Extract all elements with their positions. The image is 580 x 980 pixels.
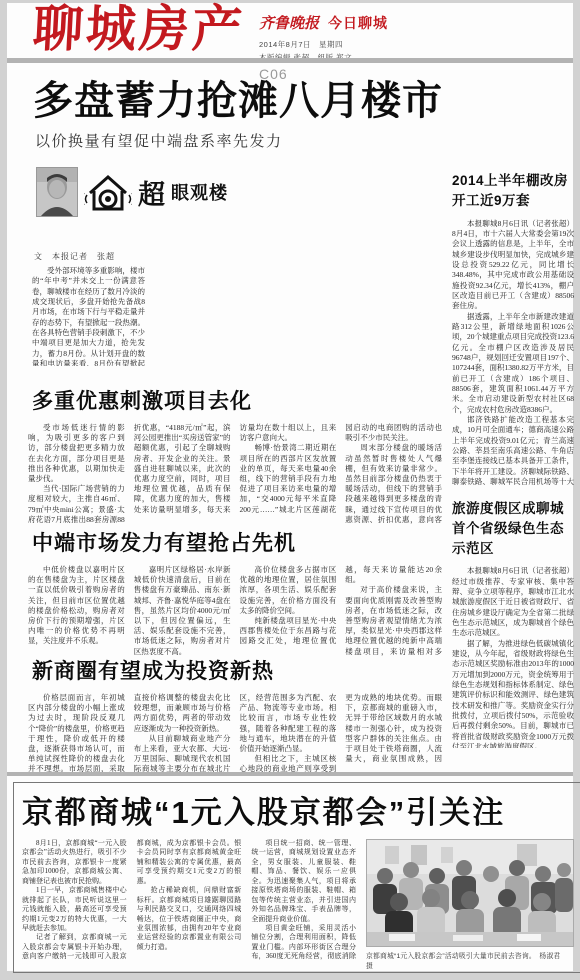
paragraph: 1日一早，京都商城售楼中心就排起了长队，市民听说这里一元钱就能入股，最高还可享受… bbox=[22, 886, 127, 933]
columnist-photo bbox=[36, 167, 78, 217]
masthead-title: 聊城房产 bbox=[32, 3, 247, 56]
column-logo-small: 眼观楼 bbox=[171, 179, 228, 205]
page-sheet: 聊城房产 齐鲁晚报 今日聊城 2014年8月7日 星期四 本版编辑 张超 组版 … bbox=[7, 3, 573, 971]
edition-name-logo: 今日聊城 bbox=[328, 13, 388, 33]
sidebar-article-body: 本报聊城8月6日讯（记者张超）经过市级推荐、专家审核、集中答辩、竞争立项等程序，… bbox=[452, 566, 574, 748]
section-new-business-district: 新商圈有望成为投资新热 价格层面而言，年初城区内部分楼盘的小幅上涨成为过去时，现… bbox=[28, 655, 442, 777]
crowd-photo bbox=[366, 839, 574, 947]
sidebar-article-title: 2014上半年棚改房开工近9万套 bbox=[452, 171, 574, 212]
section-title: 新商圈有望成为投资新热 bbox=[32, 655, 442, 685]
section-body: 中低价楼盘以嘉明片区的在售楼盘为主，片区楼盘一直以低价吸引着购房者的关注，但目前… bbox=[28, 565, 442, 665]
sub-headline: 以价换量有望促中端盘系率先发力 bbox=[35, 130, 283, 151]
bottom-article-body: 8月1日，京都商城“一元入股京都会”活动火热进行，吸引不少市民前去咨询，京都银卡… bbox=[22, 839, 356, 969]
section-title: 中端市场发力有望抢占先机 bbox=[32, 527, 442, 557]
paper-name-logo: 齐鲁晚报 bbox=[259, 12, 319, 33]
paragraph: 据透露，上半年全市新建改建道路312公里，新增绿地面积1026公顷，20个城建重… bbox=[452, 312, 574, 415]
paragraph: 8月1日，京都商城“一元入股京都会”活动火热进行，吸引不少市民前去咨询，京都银卡… bbox=[22, 839, 127, 886]
section-mid-market: 中端市场发力有望抢占先机 中低价楼盘以嘉明片区的在售楼盘为主，片区楼盘一直以低价… bbox=[28, 527, 442, 665]
section-discount-stimulus: 多重优惠刺激项目去化 受市场低迷行情的影响，为吸引更多的客户到访，部分楼盘把更多… bbox=[28, 385, 442, 527]
bottom-article-box: 京都商城“1元入股京都会”引关注 8月1日，京都商城“一元入股京都会”活动火热进… bbox=[13, 782, 580, 973]
bottom-divider bbox=[7, 772, 573, 776]
paragraph: 据了解，为推进绿色低碳城镇化建设，从今年起，省级财政将绿色生态示范城区奖励标准由… bbox=[452, 639, 574, 749]
paragraph: 中低价楼盘以嘉明片区的在售楼盘为主，片区楼盘一直以低价吸引着购房者的关注，但目前… bbox=[28, 565, 125, 647]
section-body: 受市场低迷行情的影响，为吸引更多的客户到访，部分楼盘把更多精力放在去化方面，部分… bbox=[28, 423, 442, 527]
paragraph: 抢占稀缺商机，问鼎财富新标杆。京都商城项目雄踞聊园路与利民路交叉口，交通网络四城… bbox=[137, 886, 242, 952]
header-divider bbox=[7, 58, 573, 63]
column-logo-big: 超 bbox=[138, 173, 165, 212]
paragraph: 高价位楼盘多占据市区优越的地理位置，居住氛围浓厚，各项生活、娱乐配套设施完善，在… bbox=[240, 565, 337, 616]
bottom-headline: 京都商城“1元入股京都会”引关注 bbox=[22, 787, 578, 832]
paragraph: 嘉明片区绿格居·水岸新城低价快速清盘后，目前在售楼盘有万豪臻品、南东·新城邦、齐… bbox=[134, 565, 231, 657]
columnist-header: 超 眼观楼 bbox=[36, 167, 228, 217]
section-title: 多重优惠刺激项目去化 bbox=[32, 385, 442, 415]
byline: 文 本报记者 张超 bbox=[34, 251, 115, 262]
lead-intro: 受外部环境等多重影响，楼市的“年中考”并未交上一份满意答卷，聊城楼市在经历了数月… bbox=[32, 266, 145, 366]
sidebar-article-title: 旅游度假区成聊城首个省级绿色生态示范区 bbox=[452, 499, 574, 560]
sidebar-article-body: 本报聊城8月6日讯（记者张超）8月4日，市十六届人大常委会第19次会议上透露的信… bbox=[452, 219, 574, 485]
bottom-figure: 京都商城“1元入股京都会”活动吸引大量市民前去咨询。 杨淑君 摄 bbox=[366, 839, 572, 970]
paragraph: 本报聊城8月6日讯（记者张超）8月4日，市十六届人大常委会第19次会议上透露的信… bbox=[452, 219, 574, 312]
paragraph: 项目统一招商、统一管理、统一运营，商城规划设置业态齐全，男女服装、儿童服装、鞋帽… bbox=[251, 839, 356, 924]
photo-caption: 京都商城“1元入股京都会”活动吸引大量市民前去咨询。 杨淑君 摄 bbox=[366, 950, 572, 970]
newspaper-page: 聊城房产 齐鲁晚报 今日聊城 2014年8月7日 星期四 本版编辑 张超 组版 … bbox=[0, 0, 580, 980]
sidebar: 2014上半年棚改房开工近9万套 本报聊城8月6日讯（记者张超）8月4日，市十六… bbox=[452, 171, 574, 748]
sidebar-article-shantytown: 2014上半年棚改房开工近9万套 本报聊城8月6日讯（记者张超）8月4日，市十六… bbox=[452, 171, 574, 485]
paper-logos: 齐鲁晚报 今日聊城 bbox=[259, 12, 388, 33]
paragraph: 邯济铁路扩能改造工程基本完成，10月可全面通车；德商高速公路上半年完成投资9.0… bbox=[452, 415, 574, 484]
paragraph: 本报聊城8月6日讯（记者张超）经过市级推荐、专家审核、集中答辩、竞争立项等程序，… bbox=[452, 566, 574, 638]
date-line: 2014年8月7日 星期四 bbox=[259, 39, 388, 50]
sidebar-article-eco-zone: 旅游度假区成聊城首个省级绿色生态示范区 本报聊城8月6日讯（记者张超）经过市级推… bbox=[452, 499, 574, 749]
house-lens-icon bbox=[84, 171, 132, 213]
main-headline: 多盘蓄力抢滩八月楼市 bbox=[33, 69, 443, 126]
main-article-area: 超 眼观楼 文 本报记者 张超 受外部环境等多重影响，楼市的“年中考”并未交上一… bbox=[28, 165, 442, 772]
paragraph: 受市场低迷行情的影响，为吸引更多的客户到访，部分楼盘把更多精力放在去化方面，部分… bbox=[28, 423, 125, 484]
bottom-content: 8月1日，京都商城“一元入股京都会”活动火热进行，吸引不少市民前去咨询，京都银卡… bbox=[22, 839, 578, 970]
section-body: 价格层面而言，年初城区内部分楼盘的小幅上涨成为过去时，现阶段反观几个“降价”的楼… bbox=[28, 693, 442, 777]
